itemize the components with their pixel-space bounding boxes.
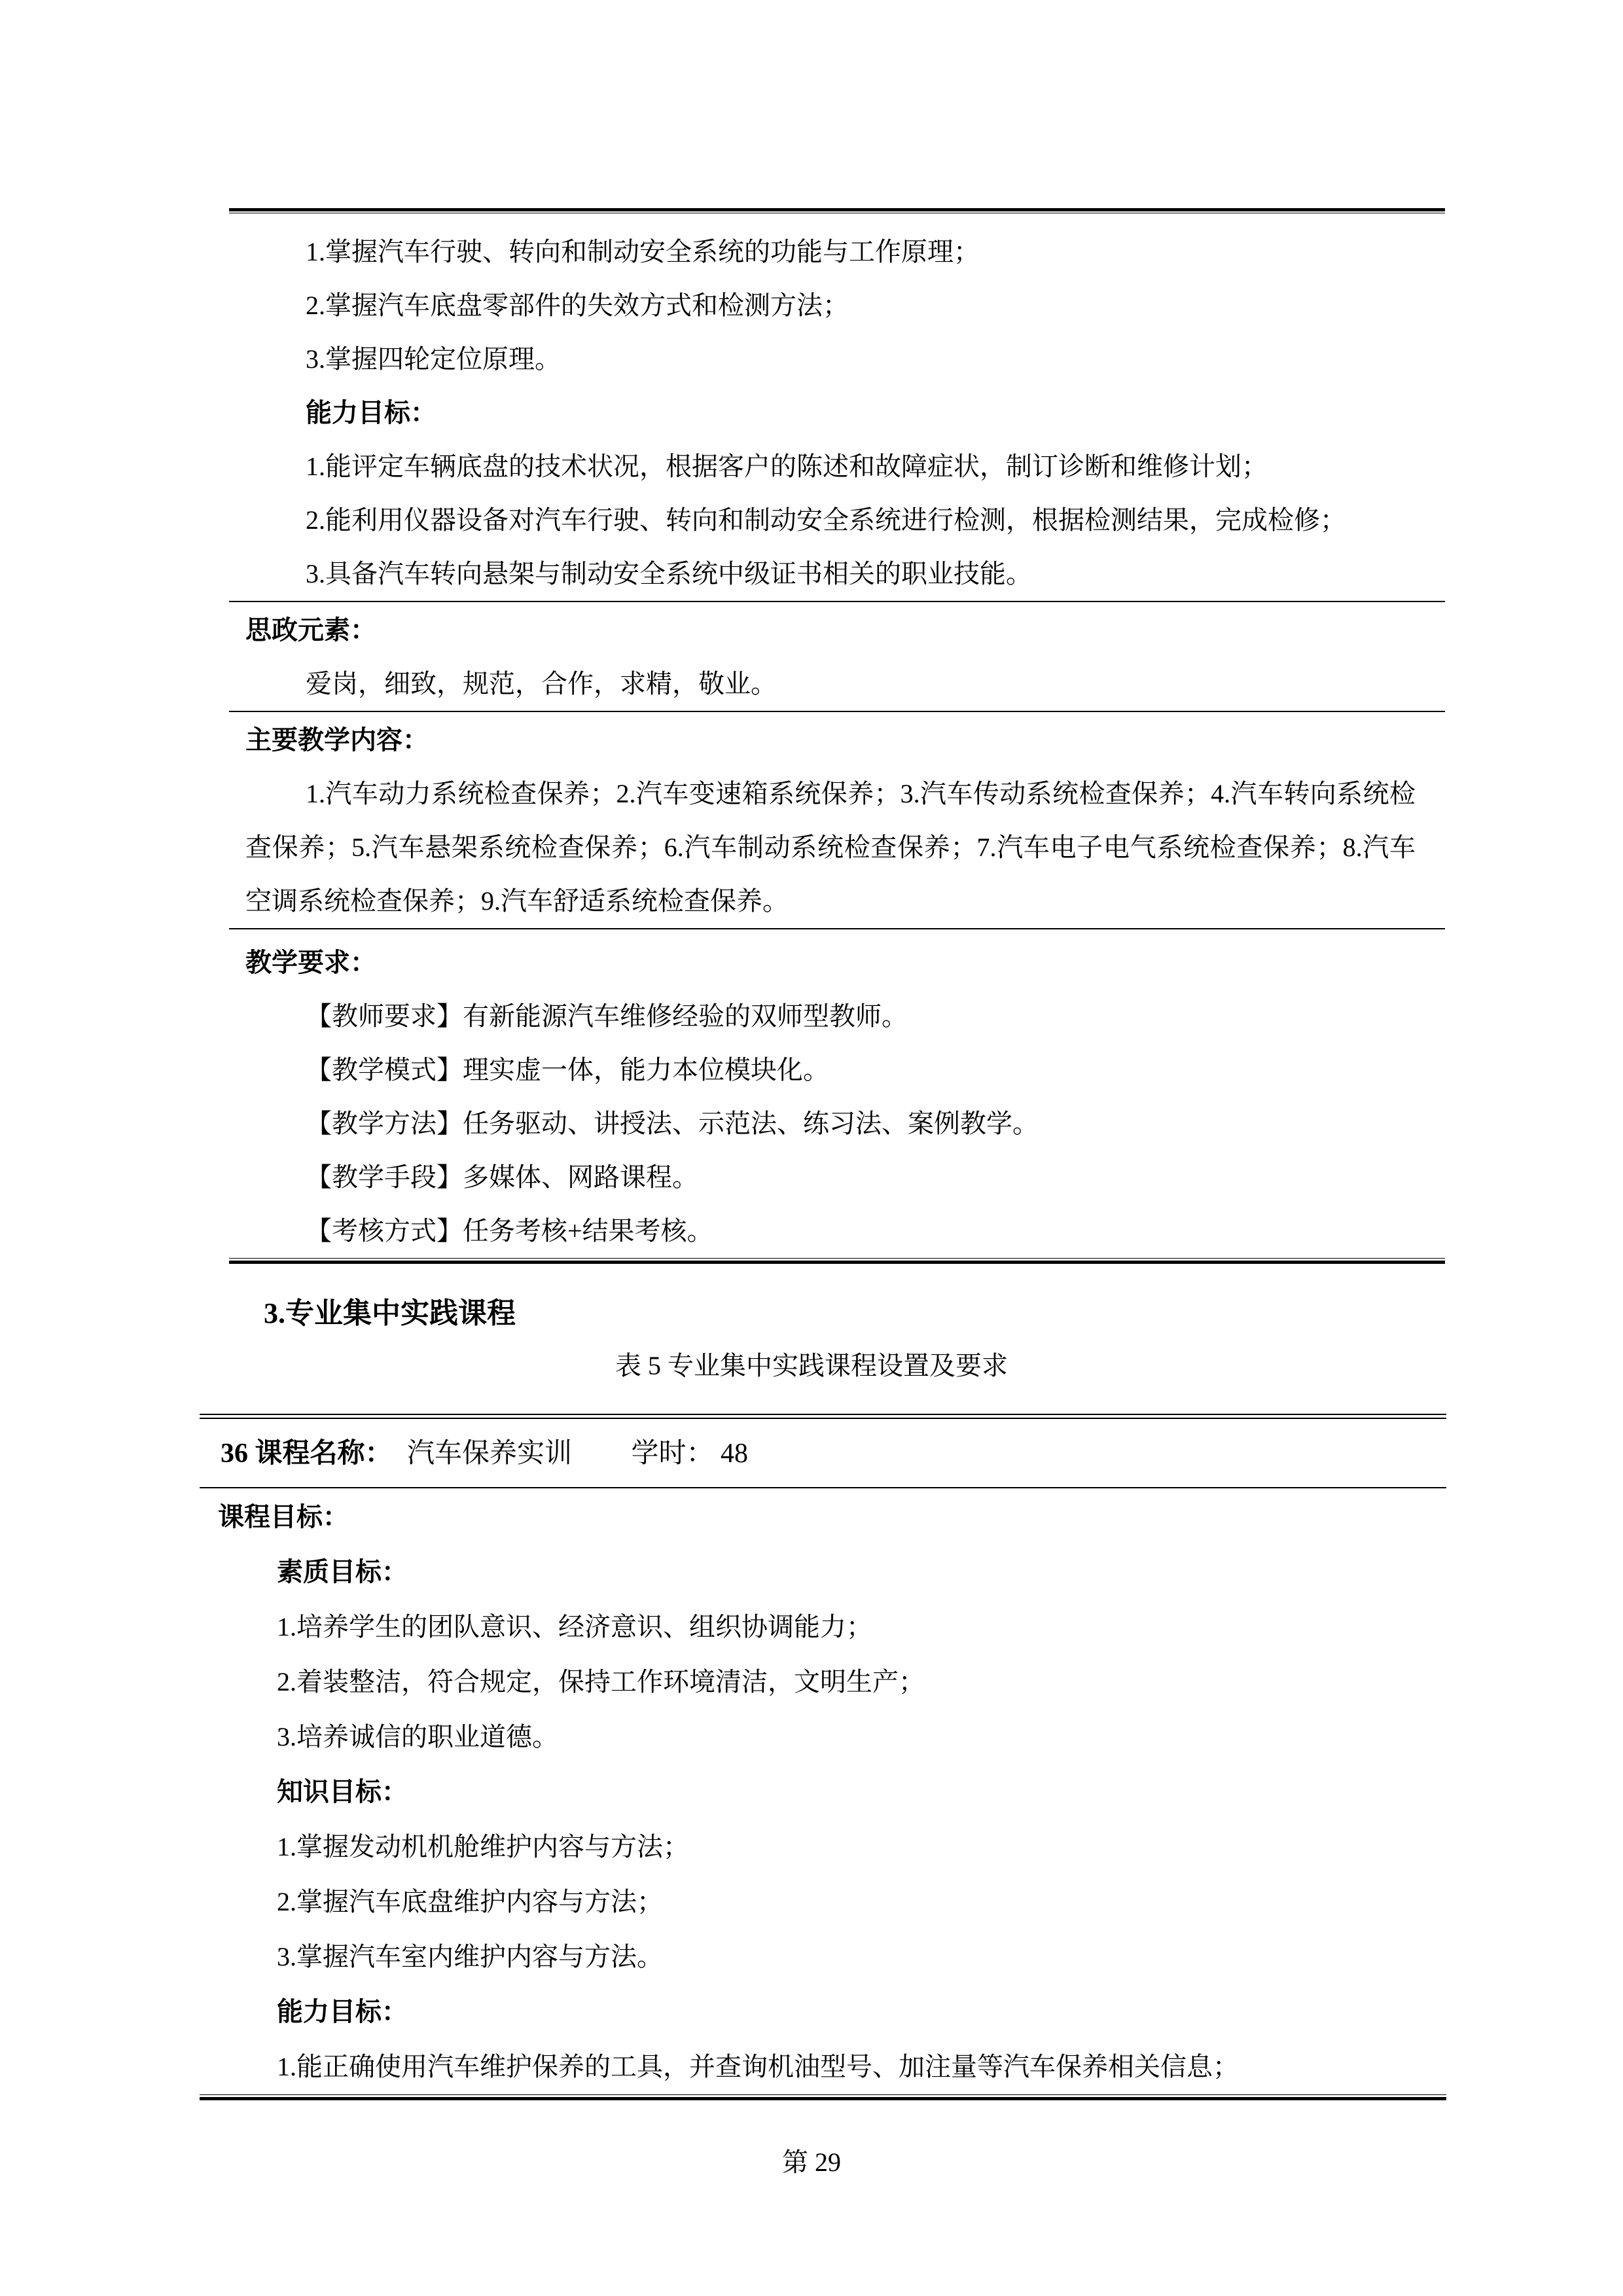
requirement-item-assessment: 【考核方式】任务考核+结果考核。 xyxy=(245,1204,1416,1258)
ability-goal-heading: 能力目标： xyxy=(218,1984,1417,2039)
ability-item: 1.能评定车辆底盘的技术状况，根据客户的陈述和故障症状，制订诊断和维修计划； xyxy=(245,440,1416,493)
quality-item: 3.培养诚信的职业道德。 xyxy=(218,1710,1417,1765)
ideology-section: 思政元素： 爱岗，细致，规范，合作，求精，敬业。 xyxy=(229,602,1445,712)
hours-value: 48 xyxy=(721,1439,748,1469)
table-bottom-border xyxy=(229,1258,1445,1264)
hours-label: 学时： xyxy=(632,1439,714,1469)
teaching-content-section: 主要教学内容： 1.汽车动力系统检查保养；2.汽车变速箱系统保养；3.汽车传动系… xyxy=(229,712,1445,929)
course-goals-section: 课程目标： 素质目标： 1.培养学生的团队意识、经济意识、组织协调能力； 2.着… xyxy=(200,1488,1446,2094)
course-goals-heading: 课程目标： xyxy=(218,1490,1417,1545)
knowledge-item: 1.掌握发动机机舱维护内容与方法； xyxy=(218,1820,1417,1874)
table-top-border xyxy=(229,208,1445,213)
knowledge-item: 3.掌握汽车室内维护内容与方法。 xyxy=(218,1929,1417,1984)
requirement-item-means: 【教学手段】多媒体、网路课程。 xyxy=(245,1151,1416,1204)
practice-course-table: 36 课程名称： 汽车保养实训 学时： 48 课程目标： 素质目标： 1.培养学… xyxy=(200,1414,1446,2100)
document-page: 1.掌握汽车行驶、转向和制动安全系统的功能与工作原理； 2.掌握汽车底盘零部件的… xyxy=(0,0,1623,2296)
teaching-requirements-heading: 教学要求： xyxy=(245,936,1416,990)
course-title-row: 36 课程名称： 汽车保养实训 学时： 48 xyxy=(200,1419,1446,1487)
section-heading: 3.专业集中实践课程 xyxy=(264,1287,1623,1340)
teaching-content-text: 1.汽车动力系统检查保养；2.汽车变速箱系统保养；3.汽车传动系统检查保养；4.… xyxy=(245,767,1416,928)
knowledge-goal-heading: 知识目标： xyxy=(218,1765,1417,1820)
table-caption: 表 5 专业集中实践课程设置及要求 xyxy=(0,1340,1623,1392)
knowledge-item: 2.掌握汽车底盘零部件的失效方式和检测方法； xyxy=(245,279,1416,332)
ability-item: 3.具备汽车转向悬架与制动安全系统中级证书相关的职业技能。 xyxy=(245,547,1416,601)
quality-item: 2.着装整洁，符合规定，保持工作环境清洁，文明生产； xyxy=(218,1655,1417,1710)
requirement-item-method: 【教学方法】任务驱动、讲授法、示范法、练习法、案例教学。 xyxy=(245,1097,1416,1151)
page-number: 第 29 xyxy=(782,2147,841,2177)
ability-item: 2.能利用仪器设备对汽车行驶、转向和制动安全系统进行检测，根据检测结果，完成检修… xyxy=(245,493,1416,547)
page-footer: 第 29 xyxy=(0,2136,1623,2189)
requirement-item-teacher: 【教师要求】有新能源汽车维修经验的双师型教师。 xyxy=(245,990,1416,1043)
course-name-label: 课程名称： xyxy=(255,1439,393,1469)
course-table-continued: 1.掌握汽车行驶、转向和制动安全系统的功能与工作原理； 2.掌握汽车底盘零部件的… xyxy=(229,208,1445,1264)
course-number: 36 xyxy=(221,1439,248,1469)
table5-bottom-border xyxy=(200,2094,1446,2100)
teaching-requirements-section: 教学要求： 【教师要求】有新能源汽车维修经验的双师型教师。 【教学模式】理实虚一… xyxy=(229,929,1445,1258)
knowledge-item: 2.掌握汽车底盘维护内容与方法； xyxy=(218,1874,1417,1929)
requirement-item-mode: 【教学模式】理实虚一体，能力本位模块化。 xyxy=(245,1043,1416,1097)
ideology-text: 爱岗，细致，规范，合作，求精，敬业。 xyxy=(245,657,1416,711)
ideology-heading: 思政元素： xyxy=(245,603,1416,657)
ability-goal-heading: 能力目标： xyxy=(245,386,1416,440)
knowledge-item: 3.掌握四轮定位原理。 xyxy=(245,332,1416,386)
teaching-content-heading: 主要教学内容： xyxy=(245,713,1416,767)
quality-item: 1.培养学生的团队意识、经济意识、组织协调能力； xyxy=(218,1600,1417,1655)
objectives-section: 1.掌握汽车行驶、转向和制动安全系统的功能与工作原理； 2.掌握汽车底盘零部件的… xyxy=(229,213,1445,602)
ability-item: 1.能正确使用汽车维护保养的工具，并查询机油型号、加注量等汽车保养相关信息； xyxy=(218,2039,1417,2094)
course-name: 汽车保养实训 xyxy=(407,1439,572,1469)
knowledge-item: 1.掌握汽车行驶、转向和制动安全系统的功能与工作原理； xyxy=(245,225,1416,279)
table5-top-border xyxy=(200,1414,1446,1419)
quality-goal-heading: 素质目标： xyxy=(218,1545,1417,1600)
